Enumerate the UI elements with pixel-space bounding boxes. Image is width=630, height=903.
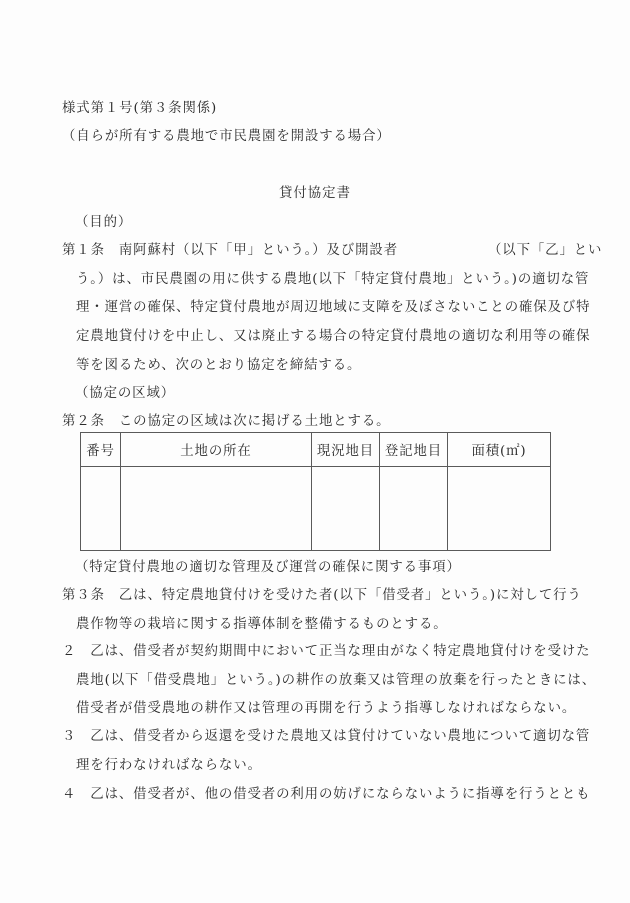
paragraph-3-number: ３ [62,729,76,744]
land-table: 番号 土地の所在 現況地目 登記地目 面積(㎡) [80,432,551,551]
paragraph-4-number: ４ [62,787,76,802]
article-1-text-post: （以下「乙」とい [488,243,602,258]
paragraph-2-line-3: 借受者が借受農地の耕作又は管理の再開を行うよう指導しなければならない。 [76,701,576,717]
article-1-line-3: 理・運営の確保、特定貸付農地が周辺地域に支障を及ぼさないことの確保及び特 [76,300,590,316]
article-2-number: 第２条 [62,414,105,429]
column-header-area: 面積(㎡) [448,433,551,467]
cell-area [448,467,551,551]
article-2-text: この協定の区域は次に掲げる土地とする。 [119,414,391,429]
paragraph-4-line-1: ４乙は、借受者が、他の借受者の利用の妨げにならないように指導を行うととも [62,787,590,803]
paragraph-2-number: ２ [62,644,76,659]
cell-current-land-category [312,467,380,551]
column-header-location: 土地の所在 [121,433,312,467]
paragraph-2-line-2: 農地(以下「借受農地」という。)の耕作の放棄又は管理の放棄を行ったときには、 [76,673,596,689]
article-1-line-2: う。）は、市民農園の用に供する農地(以下「特定貸付農地」という。)の適切な管 [76,272,589,288]
cell-number [81,467,121,551]
article-1-line-1: 第１条南阿蘇村（以下「甲」という。）及び開設者（以下「乙」とい [62,243,602,259]
document-title: 貸付協定書 [0,186,630,202]
cell-location [121,467,312,551]
cell-registered-land-category [380,467,448,551]
paragraph-3-text: 乙は、借受者から返還を受けた農地又は貸付けていない農地について適切な管 [90,729,590,744]
article-2-heading: （協定の区域） [75,386,175,402]
article-3-heading: （特定貸付農地の適切な管理及び運営の確保に関する事項） [75,560,461,576]
article-1-heading: （目的） [75,215,132,231]
article-2-line-1: 第２条この協定の区域は次に掲げる土地とする。 [62,414,390,430]
article-1-number: 第１条 [62,243,105,258]
column-header-number: 番号 [81,433,121,467]
column-header-current-land-category: 現況地目 [312,433,380,467]
article-3-line-1: 第３条乙は、特定農地貸付けを受けた者(以下「借受者」という。)に対して行う [62,588,582,604]
form-number: 様式第１号(第３条関係) [62,101,217,117]
article-1-line-5: 等を図るため、次のとおり協定を締結する。 [76,358,361,374]
article-1-text-pre: 南阿蘇村（以下「甲」という。）及び開設者 [119,243,398,258]
column-header-registered-land-category: 登記地目 [380,433,448,467]
document-page: 様式第１号(第３条関係) （自らが所有する農地で市民農園を開設する場合） 貸付協… [0,0,630,903]
form-note: （自らが所有する農地で市民農園を開設する場合） [62,129,391,145]
article-3-text: 乙は、特定農地貸付けを受けた者(以下「借受者」という。)に対して行う [119,588,582,603]
paragraph-3-line-1: ３乙は、借受者から返還を受けた農地又は貸付けていない農地について適切な管 [62,729,590,745]
paragraph-2-line-1: ２乙は、借受者が契約期間中において正当な理由がなく特定農地貸付けを受けた [62,644,590,660]
land-table-header-row: 番号 土地の所在 現況地目 登記地目 面積(㎡) [81,433,551,467]
paragraph-3-line-2: 理を行わなければならない。 [76,758,262,774]
article-3-line-2: 農作物等の栽培に関する指導体制を整備するものとする。 [76,617,448,633]
paragraph-2-text: 乙は、借受者が契約期間中において正当な理由がなく特定農地貸付けを受けた [90,644,590,659]
table-row [81,467,551,551]
article-3-number: 第３条 [62,588,105,603]
article-1-line-4: 定農地貸付けを中止し、又は廃止する場合の特定貸付農地の適切な利用等の確保 [76,329,590,345]
paragraph-4-text: 乙は、借受者が、他の借受者の利用の妨げにならないように指導を行うととも [90,787,590,802]
